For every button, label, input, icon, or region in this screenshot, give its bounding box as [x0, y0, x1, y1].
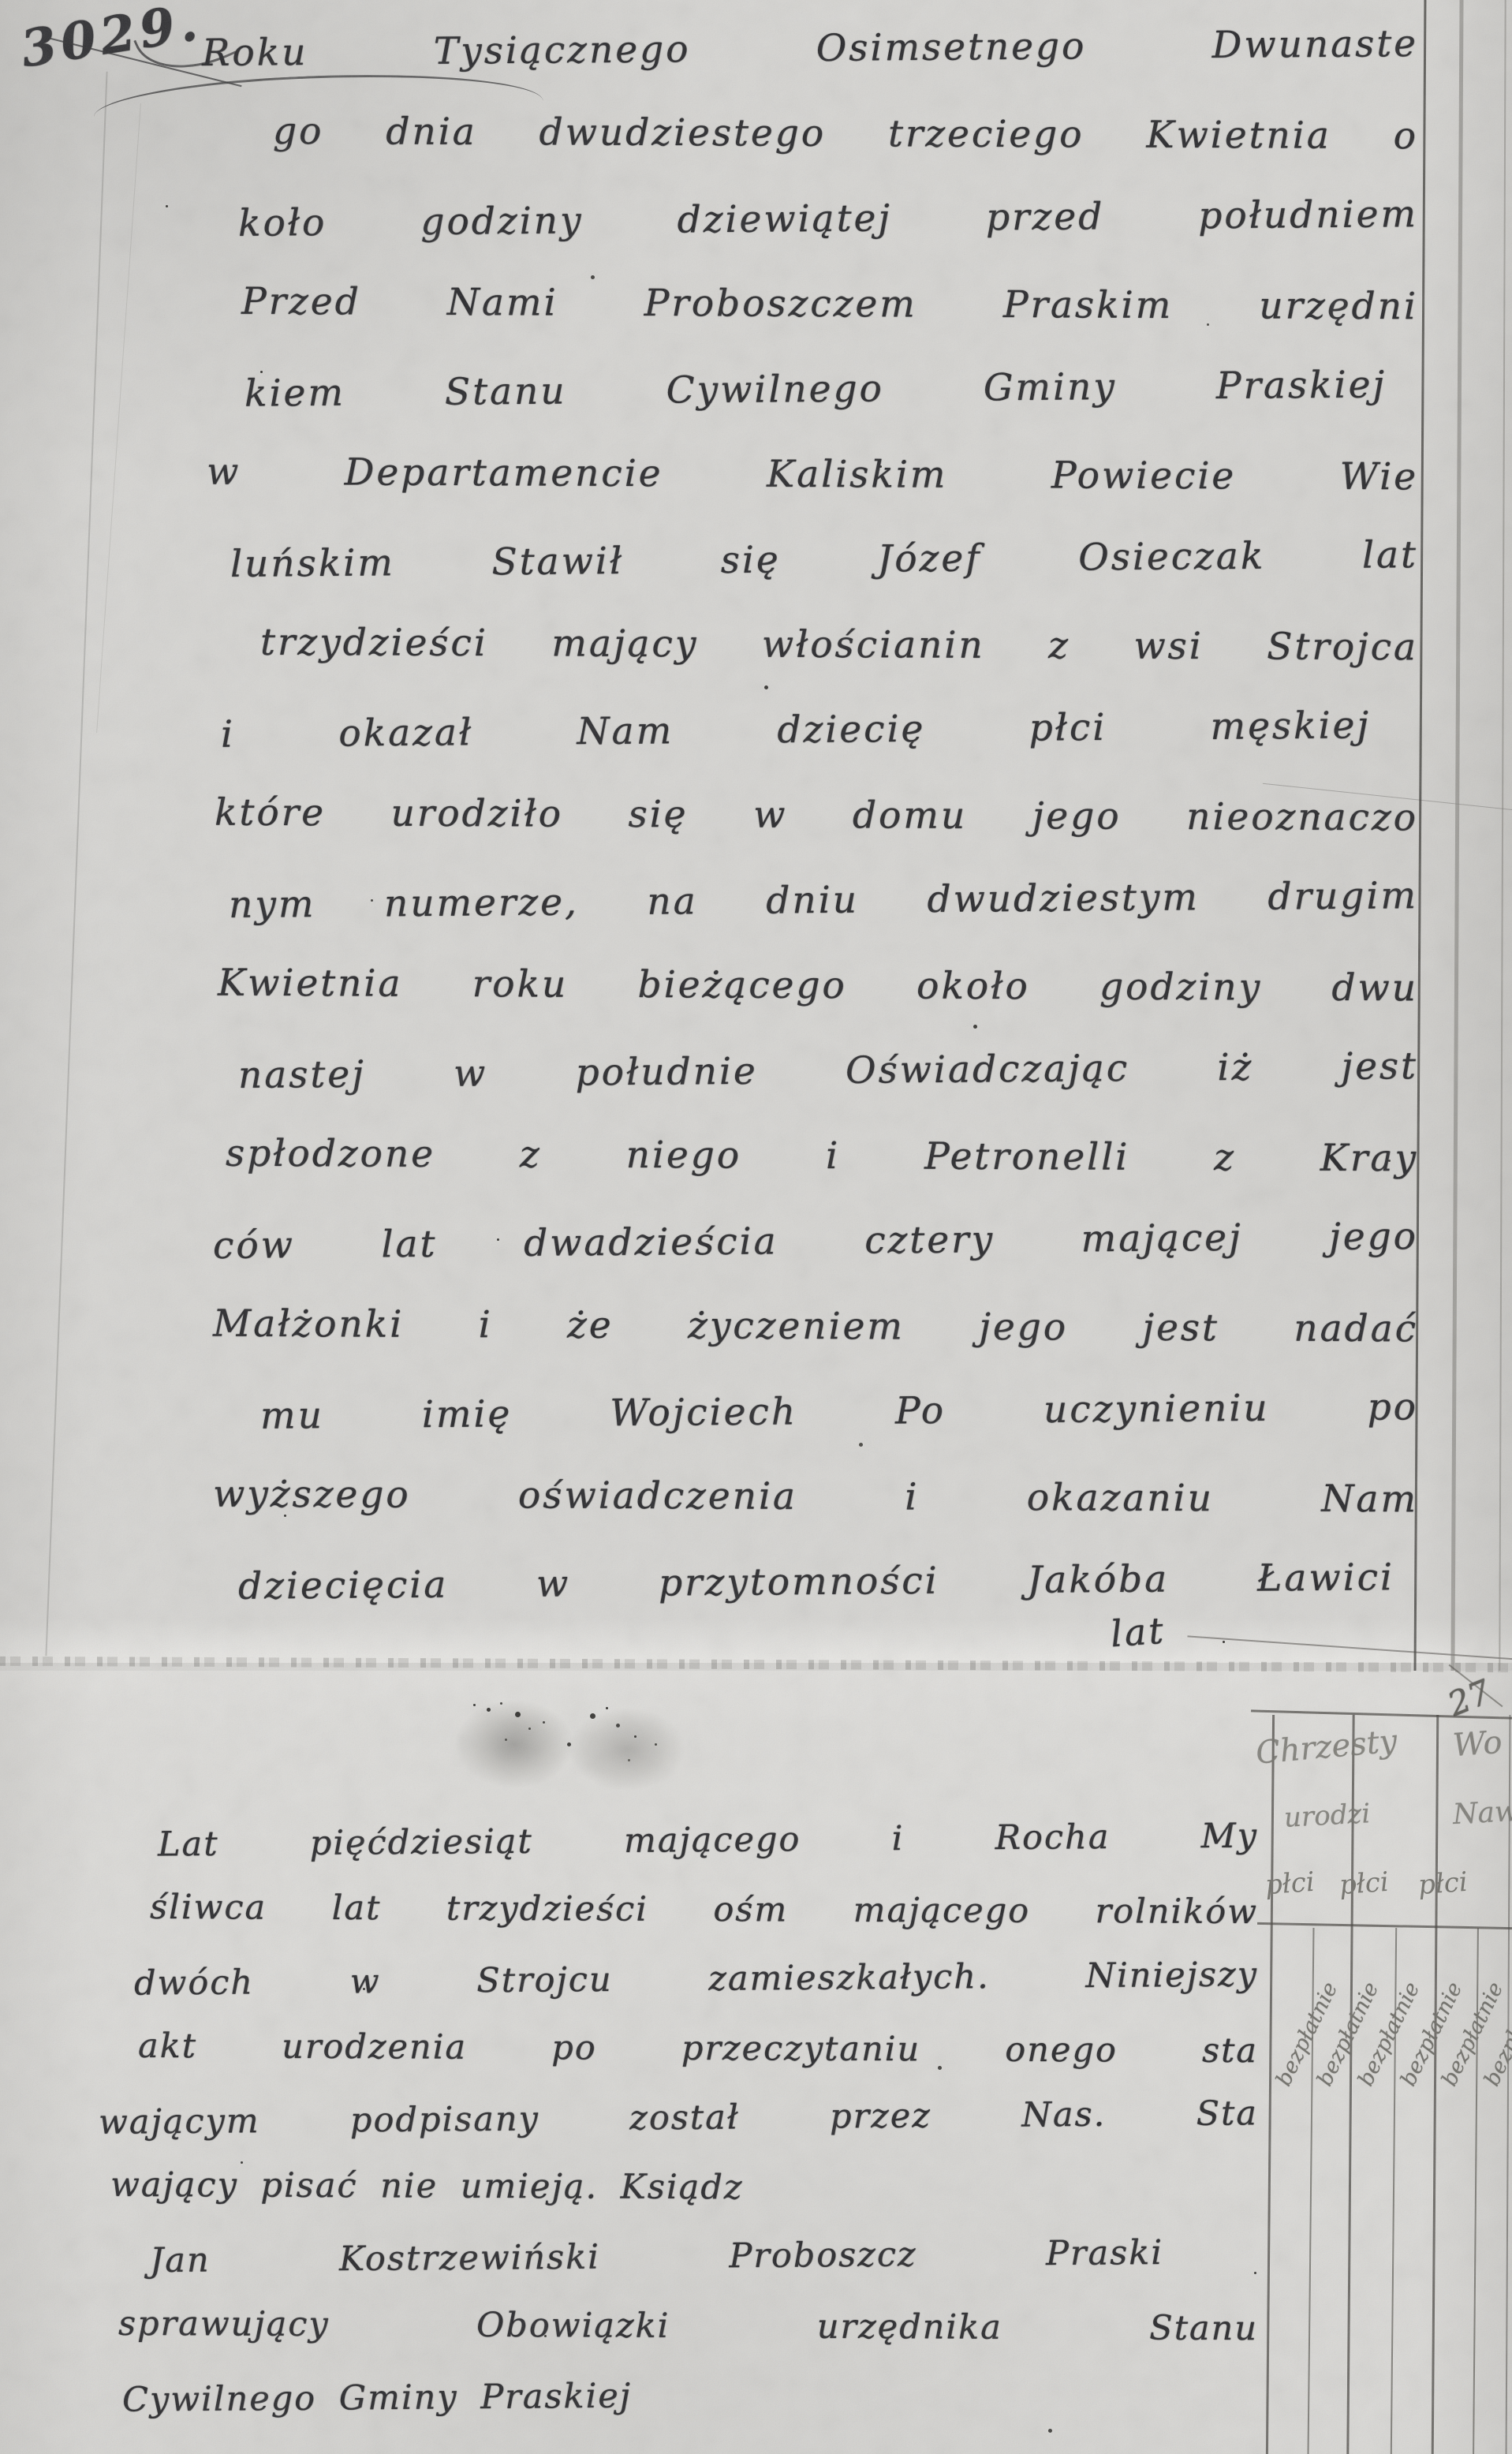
record-text-block-2: Lat pięćdziesiąt mającego i Rocha My śli… [75, 1806, 1258, 2431]
table-column-rule [1432, 1715, 1439, 2454]
handwriting-line: mu imię Wojciech Po uczynieniu po [260, 1366, 1419, 1461]
table-header-plci: płci [1417, 1866, 1469, 1901]
ink-specks [166, 205, 168, 207]
handwriting-line: akt urodzenia po przeczytaniu onego sta [138, 2012, 1258, 2086]
handwriting-line: wyższego oświadczenia i okazaniu Nam [213, 1454, 1418, 1544]
handwriting-line: Kwietnia roku bieżącego około godziny dw… [218, 943, 1418, 1033]
table-header-plci: płci [1338, 1866, 1390, 1901]
handwriting-line: luńskim Stawił się Józef Osieczak lat [230, 514, 1419, 609]
handwriting-line: go dnia dwudziestego trzeciego Kwietnia … [273, 91, 1418, 181]
handwriting-line: w Departamencie Kaliskim Powiecie Wie [207, 431, 1418, 522]
left-margin-crease [45, 72, 107, 1657]
handwriting-line: kiem Stanu Cywilnego Gminy Praskiej [245, 344, 1387, 438]
ink-stain-2 [552, 1696, 702, 1802]
handwriting-line: które urodziło się w domu jego nieoznacz… [215, 772, 1418, 863]
handwriting-line: sprawujący Obowiązki urzędnika Stanu [118, 2290, 1258, 2364]
margin-rule-middle [1450, 0, 1463, 1671]
handwriting-line: Małżonki i że życzeniem jego jest nadać [213, 1283, 1418, 1374]
handwriting-line: Przed Nami Proboszczem Praskim urzędni [241, 261, 1418, 352]
handwriting-line: i okazał Nam dziecię płci męskiej [221, 685, 1372, 779]
handwriting-line: wającym podpisany został przez Nas. Sta [99, 2079, 1259, 2158]
margin-rule-outer [1499, 0, 1506, 1671]
handwriting-line: śliwca lat trzydzieści ośm mającego roln… [150, 1873, 1258, 1948]
handwriting-line: spłodzone z niego i Petronelli z Kray [226, 1113, 1418, 1204]
handwriting-line: Cywilnego Gminy Praskiej [122, 2357, 1259, 2435]
handwriting-line: nastej w południe Oświadczając iż jest [238, 1025, 1419, 1120]
record-text-block-1: Roku Tysiącznego Osimsetnego Dwunaste go… [197, 8, 1418, 1627]
table-header-fragment: urodzi [1283, 1798, 1371, 1834]
table-header-plci: płci [1264, 1866, 1316, 1901]
table-rule-mid [1257, 1922, 1512, 1929]
handwriting-line: Lat pięćdziesiąt mającego i Rocha My [158, 1802, 1259, 1881]
table-header-fragment: Naw [1452, 1795, 1512, 1831]
hanging-word-lat: lat [1109, 1609, 1167, 1656]
table-header-fragment: Wo [1451, 1724, 1503, 1764]
handwriting-line: Roku Tysiącznego Osimsetnego Dwunaste [202, 3, 1419, 98]
table-header-fragment: Chrzesty [1254, 1723, 1398, 1771]
page-number: 27 [1443, 1672, 1496, 1724]
handwriting-line: nym numerze, na dniu dwudziestym drugim [229, 855, 1419, 950]
handwriting-line: Jan Kostrzewiński Proboszcz Praski [150, 2219, 1164, 2296]
act-number: 3029. [17, 0, 206, 80]
handwriting-line: dwóch w Strojcu zamieszkałych. Niniejszy [134, 1940, 1259, 2019]
page-seam [0, 1657, 1512, 1672]
ink-stain [435, 1685, 593, 1803]
handwriting-line: dziecięcia w przytomności Jakóba Ławici [238, 1537, 1395, 1631]
table-column-rule [1266, 1715, 1275, 2454]
handwriting-line: wający pisać nie umieją. Ksiądz [110, 2151, 1258, 2225]
handwriting-line: koło godziny dziewiątej przed południem [238, 174, 1419, 268]
handwriting-line: ców lat dwadzieścia cztery mającej jego [213, 1196, 1419, 1290]
ink-stain-specks [473, 1704, 476, 1706]
pencil-stroke [1187, 1635, 1512, 1660]
document-scan: 3029. Roku Tysiącznego Osimsetnego Dwuna… [0, 0, 1512, 2454]
left-margin-crease-2 [96, 103, 141, 733]
handwriting-line: trzydzieści mający włościanin z wsi Stro… [260, 602, 1418, 692]
